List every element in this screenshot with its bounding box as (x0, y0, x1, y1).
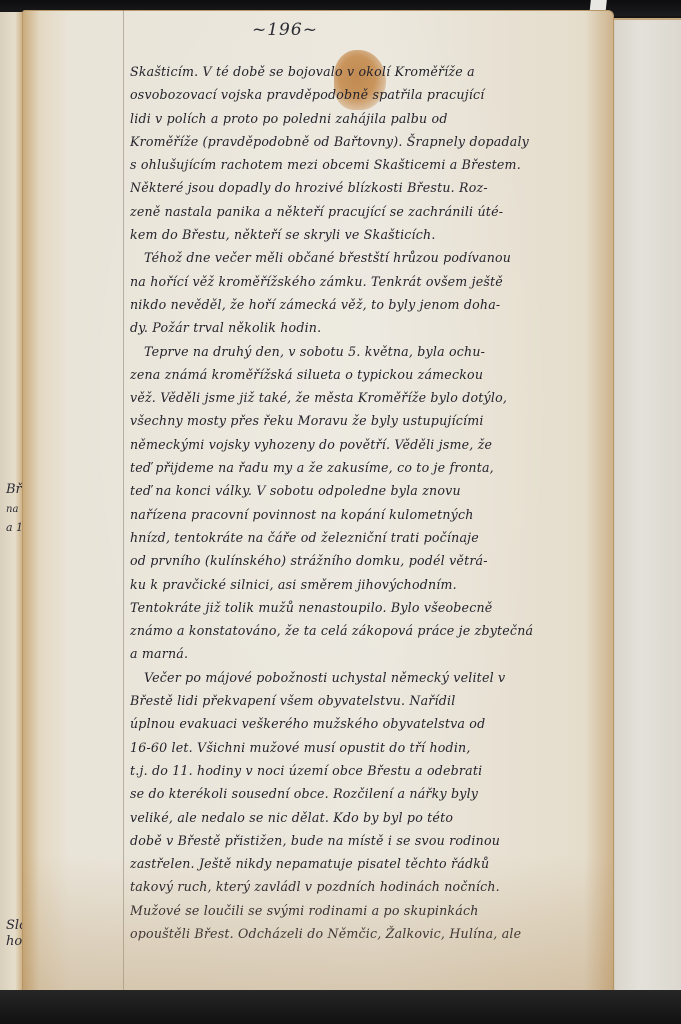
text-line: lidi v polích a proto po poledni zahájil… (130, 107, 610, 130)
page-number: ~196~ (252, 20, 318, 40)
text-line: úplnou evakuaci veškerého mužského obyva… (130, 712, 610, 735)
text-line: Mužové se loučili se svými rodinami a po… (130, 899, 610, 922)
text-line: osvobozovací vojska pravděpodobně spatři… (130, 83, 610, 106)
text-line: se do kterékoli sousední obce. Rozčilení… (130, 782, 610, 805)
text-line: Skašticím. V té době se bojovalo v okolí… (130, 60, 610, 83)
text-line: nikdo nevěděl, že hoří zámecká věž, to b… (130, 293, 610, 316)
text-line: německými vojsky vyhozeny do povětří. Vě… (130, 433, 610, 456)
text-line: t.j. do 11. hodiny v noci území obce Bře… (130, 759, 610, 782)
text-line: věž. Věděli jsme již také, že města Krom… (130, 386, 610, 409)
text-line: Kroměříže (pravděpodobně od Bařtovny). Š… (130, 130, 610, 153)
text-line: Břestě lidi překvapení všem obyvatelstvu… (130, 689, 610, 712)
text-line: teď přijdeme na řadu my a že zakusíme, c… (130, 456, 610, 479)
text-line: takový ruch, který zavládl v pozdních ho… (130, 875, 610, 898)
text-line: zastřelen. Ještě nikdy nepamatuje pisate… (130, 852, 610, 875)
text-line: zeně nastala panika a někteří pracující … (130, 200, 610, 223)
text-line: všechny mosty přes řeku Moravu že byly u… (130, 409, 610, 432)
text-line: hnízd, tentokráte na čáře od železniční … (130, 526, 610, 549)
text-line: veliké, ale nedalo se nic dělat. Kdo by … (130, 806, 610, 829)
text-line: Některé jsou dopadly do hrozivé blízkost… (130, 176, 610, 199)
text-line: zena známá kroměřížská silueta o typicko… (130, 363, 610, 386)
text-line: Téhož dne večer měli občané břestští hrů… (130, 246, 610, 269)
text-line: od prvního (kulínského) strážního domku,… (130, 549, 610, 572)
text-line: Teprve na druhý den, v sobotu 5. května,… (130, 340, 610, 363)
right-adjacent-page (612, 18, 681, 992)
text-line: teď na konci války. V sobotu odpoledne b… (130, 479, 610, 502)
text-line: době v Břestě přistižen, bude na místě i… (130, 829, 610, 852)
text-line: na hořící věž kroměřížského zámku. Tenkr… (130, 270, 610, 293)
text-line: opouštěli Břest. Odcházeli do Němčic, Ža… (130, 922, 610, 945)
handwritten-text-block: Skašticím. V té době se bojovalo v okolí… (130, 60, 610, 945)
text-line: kem do Břestu, někteří se skryli ve Skaš… (130, 223, 610, 246)
left-margin-fragment: ho (6, 934, 22, 949)
text-line: známo a konstatováno, že ta celá zákopov… (130, 619, 610, 642)
background-bottom (0, 990, 681, 1024)
text-line: s ohlušujícím rachotem mezi obcemi Skašt… (130, 153, 610, 176)
text-line: nařízena pracovní povinnost na kopání ku… (130, 503, 610, 526)
text-line: ku k pravčické silnici, asi směrem jihov… (130, 573, 610, 596)
margin-rule (123, 10, 124, 994)
text-line: dy. Požár trval několik hodin. (130, 316, 610, 339)
text-line: a marná. (130, 642, 610, 665)
manuscript-page: ~196~ Skašticím. V té době se bojovalo v… (22, 10, 614, 994)
left-margin-fragment: Bř (6, 482, 22, 497)
text-line: 16-60 let. Všichni mužové musí opustit d… (130, 736, 610, 759)
text-line: Večer po májové pobožnosti uchystal něme… (130, 666, 610, 689)
text-line: Tentokráte již tolik mužů nenastoupilo. … (130, 596, 610, 619)
left-margin-fragment: na (6, 502, 18, 517)
